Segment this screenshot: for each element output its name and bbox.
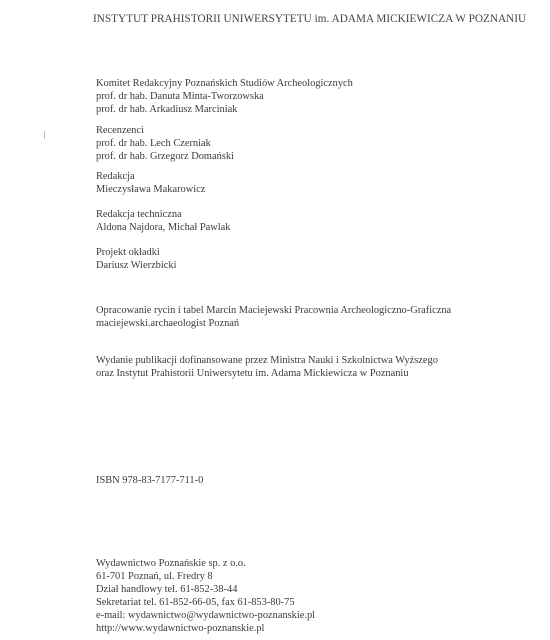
reviewers-title: Recenzenci	[96, 124, 234, 137]
committee-member: prof. dr hab. Danuta Minta-Tworzowska	[96, 90, 353, 103]
reviewer: prof. dr hab. Lech Czerniak	[96, 137, 234, 150]
editor: Mieczysława Makarowicz	[96, 183, 205, 196]
illustrations-credit: Opracowanie rycin i tabel Marcin Macieje…	[96, 304, 451, 330]
scan-mark	[44, 131, 45, 139]
isbn-number: ISBN 978-83-7177-711-0	[96, 474, 203, 487]
publisher-email: e-mail: wydawnictwo@wydawnictwo-poznansk…	[96, 609, 315, 622]
publisher-name: Wydawnictwo Poznańskie sp. z o.o.	[96, 557, 315, 570]
reviewer: prof. dr hab. Grzegorz Domański	[96, 150, 234, 163]
cover-designer: Dariusz Wierzbicki	[96, 259, 176, 272]
editing: Redakcja Mieczysława Makarowicz	[96, 170, 205, 196]
cover-design: Projekt okładki Dariusz Wierzbicki	[96, 246, 176, 272]
funding-line: oraz Instytut Prahistorii Uniwersytetu i…	[96, 367, 438, 380]
publisher-website: http://www.wydawnictwo-poznanskie.pl	[96, 622, 315, 635]
technical-editing: Redakcja techniczna Aldona Najdora, Mich…	[96, 208, 230, 234]
isbn: ISBN 978-83-7177-711-0	[96, 474, 203, 487]
illustrations-line: maciejewski.archaeologist Poznań	[96, 317, 451, 330]
cover-design-title: Projekt okładki	[96, 246, 176, 259]
publisher-secretariat: Sekretariat tel. 61-852-66-05, fax 61-85…	[96, 596, 315, 609]
publisher-address: 61-701 Poznań, ul. Fredry 8	[96, 570, 315, 583]
publisher-sales-phone: Dział handlowy tel. 61-852-38-44	[96, 583, 315, 596]
institute-header: INSTYTUT PRAHISTORII UNIWERSYTETU im. AD…	[93, 13, 526, 25]
funding-note: Wydanie publikacji dofinansowane przez M…	[96, 354, 438, 380]
committee-title: Komitet Redakcyjny Poznańskich Studiów A…	[96, 77, 353, 90]
funding-line: Wydanie publikacji dofinansowane przez M…	[96, 354, 438, 367]
technical-editor: Aldona Najdora, Michał Pawlak	[96, 221, 230, 234]
committee-member: prof. dr hab. Arkadiusz Marciniak	[96, 103, 353, 116]
technical-editing-title: Redakcja techniczna	[96, 208, 230, 221]
publisher-info: Wydawnictwo Poznańskie sp. z o.o. 61-701…	[96, 557, 315, 635]
editing-title: Redakcja	[96, 170, 205, 183]
illustrations-line: Opracowanie rycin i tabel Marcin Macieje…	[96, 304, 451, 317]
editorial-committee: Komitet Redakcyjny Poznańskich Studiów A…	[96, 77, 353, 116]
reviewers: Recenzenci prof. dr hab. Lech Czerniak p…	[96, 124, 234, 163]
